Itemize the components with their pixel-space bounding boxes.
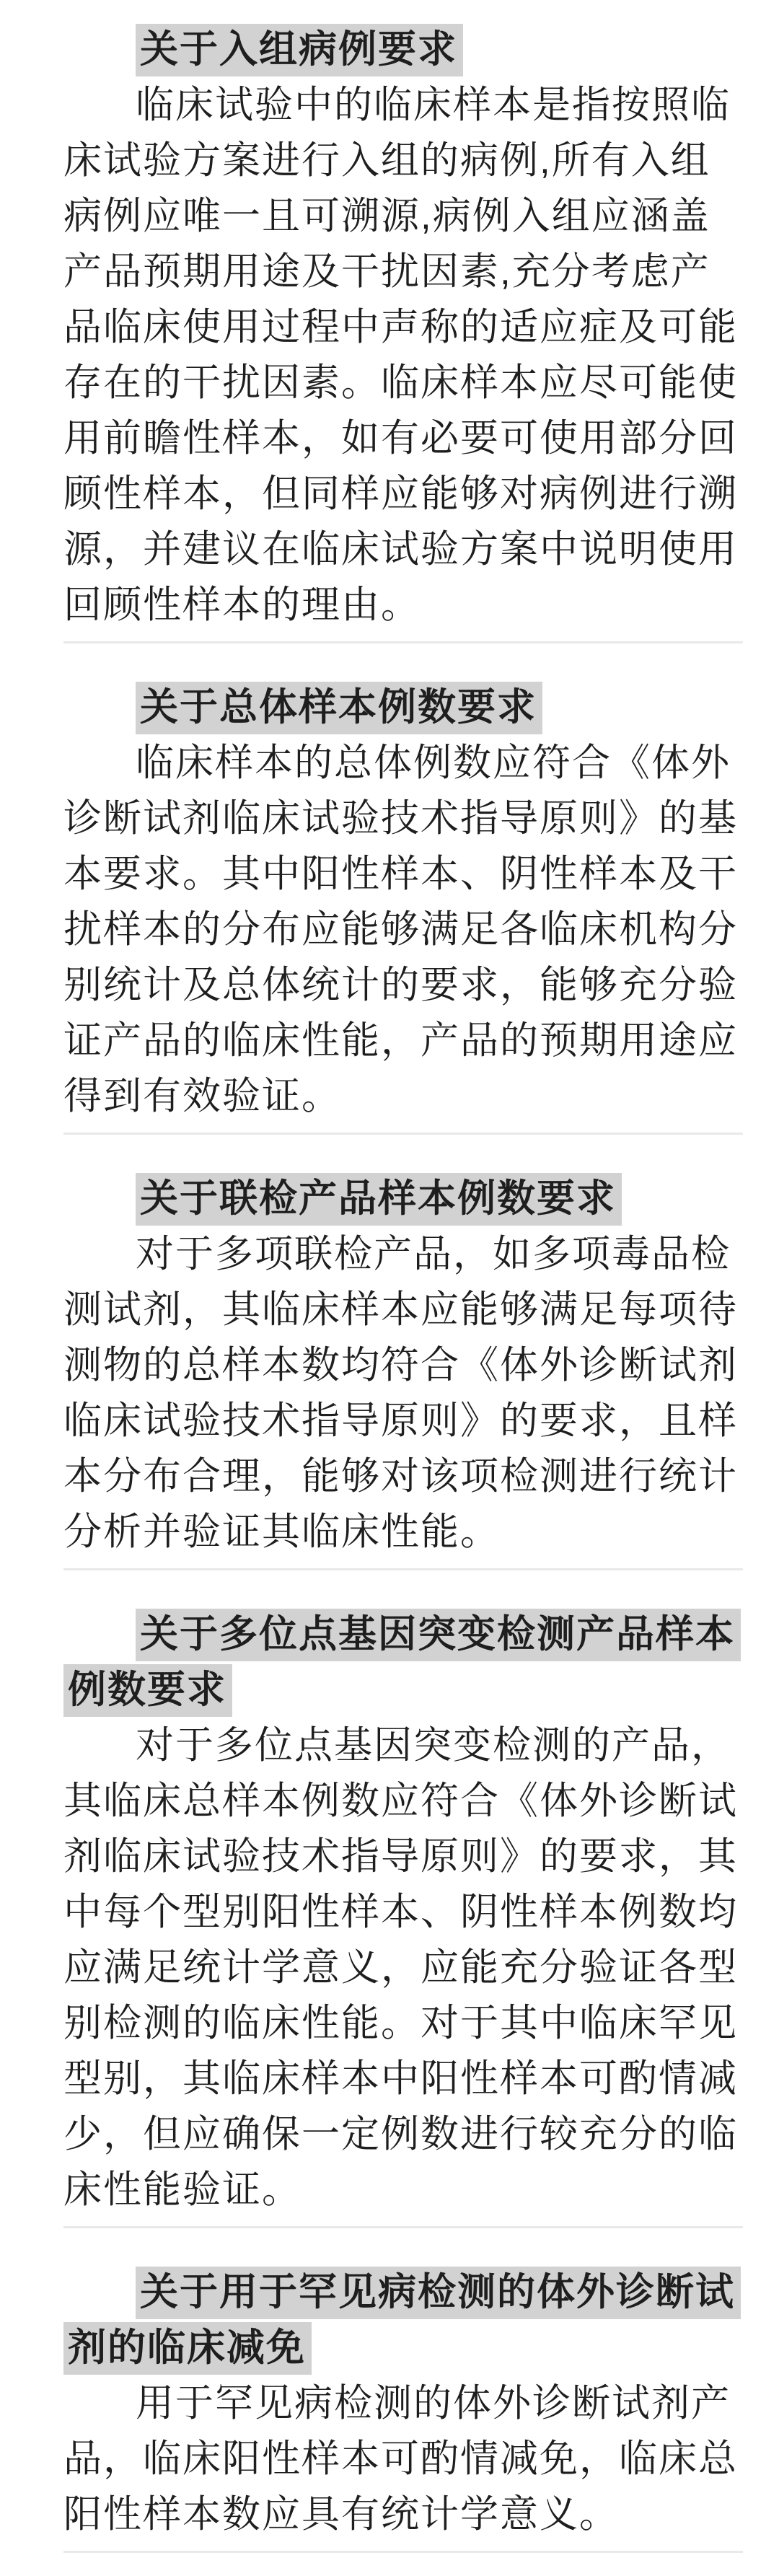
- section-paragraph: 对于多位点基因突变检测的产品， 其临床总样本例数应符合《体外诊断试 剂临床试验技…: [63, 1718, 749, 2217]
- section: 关于入组病例要求 临床试验中的临床样本是指按照临 床试验方案进行入组的病例,所有…: [63, 22, 749, 643]
- section-heading: 关于入组病例要求: [63, 22, 749, 77]
- section-paragraph: 用于罕见病检测的体外诊断试剂产 品，临床阳性样本可酌情减免，临床总 阳性样本数应…: [63, 2375, 749, 2542]
- section-divider: [63, 2226, 743, 2228]
- section-heading: 关于联检产品样本例数要求: [63, 1171, 749, 1226]
- section-divider: [63, 1568, 743, 1570]
- section: 关于用于罕见病检测的体外诊断试 剂的临床减免 用于罕见病检测的体外诊断试剂产 品…: [63, 2264, 749, 2553]
- section: 关于多位点基因突变检测产品样本 例数要求 对于多位点基因突变检测的产品， 其临床…: [63, 1606, 749, 2228]
- section-heading: 关于总体样本例数要求: [63, 680, 749, 735]
- section-heading-text: 关于用于罕见病检测的体外诊断试 剂的临床减免: [63, 2267, 741, 2375]
- section-paragraph: 临床样本的总体例数应符合《体外 诊断试剂临床试验技术指导原则》的基 本要求。其中…: [63, 735, 749, 1124]
- section-heading-text: 关于总体样本例数要求: [136, 682, 542, 734]
- section-divider: [63, 2551, 743, 2553]
- section-heading-text: 关于联检产品样本例数要求: [136, 1173, 622, 1226]
- section-heading: 关于用于罕见病检测的体外诊断试 剂的临床减免: [63, 2264, 749, 2375]
- section: 关于联检产品样本例数要求 对于多项联检产品，如多项毒品检 测试剂，其临床样本应能…: [63, 1171, 749, 1570]
- section: 关于总体样本例数要求 临床样本的总体例数应符合《体外 诊断试剂临床试验技术指导原…: [63, 680, 749, 1135]
- section-heading-text: 关于入组病例要求: [136, 24, 463, 76]
- section-divider: [63, 1133, 743, 1135]
- section-divider: [63, 641, 743, 643]
- section-paragraph: 临床试验中的临床样本是指按照临 床试验方案进行入组的病例,所有入组 病例应唯一且…: [63, 77, 749, 633]
- section-heading: 关于多位点基因突变检测产品样本 例数要求: [63, 1606, 749, 1718]
- section-heading-text: 关于多位点基因突变检测产品样本 例数要求: [63, 1609, 741, 1717]
- document-page: 关于入组病例要求 临床试验中的临床样本是指按照临 床试验方案进行入组的病例,所有…: [0, 0, 779, 2553]
- section-paragraph: 对于多项联检产品，如多项毒品检 测试剂，其临床样本应能够满足每项待 测物的总样本…: [63, 1226, 749, 1560]
